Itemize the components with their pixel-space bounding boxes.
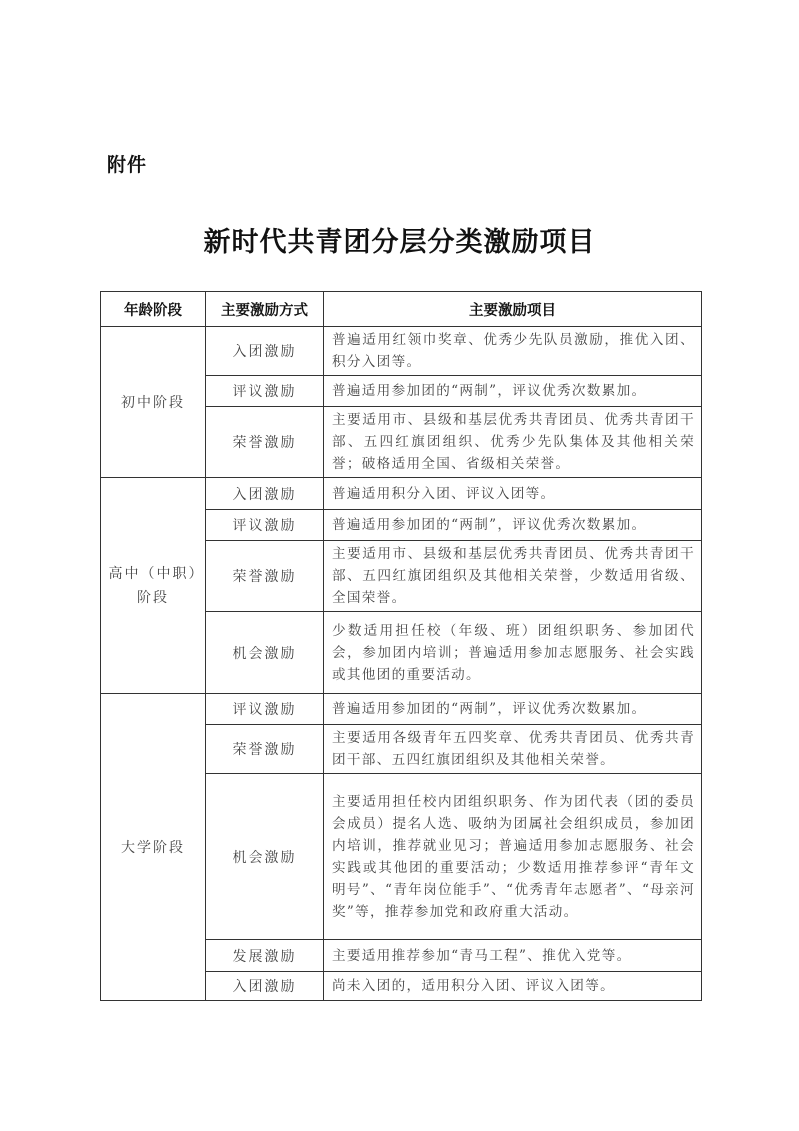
method-cell: 机会激励 [206,774,324,940]
method-cell: 评议激励 [206,510,324,541]
method-cell: 入团激励 [206,972,324,1001]
document-title: 新时代共青团分层分类激励项目 [0,220,799,259]
method-cell: 评议激励 [206,376,324,407]
item-cell: 普遍适用参加团的“两制”，评议优秀次数累加。 [324,510,702,541]
method-cell: 荣誉激励 [206,407,324,478]
header-main-items: 主要激励项目 [324,292,702,327]
table-header-row: 年龄阶段 主要激励方式 主要激励项目 [101,292,702,327]
item-cell: 主要适用推荐参加“青马工程”、推优入党等。 [324,940,702,972]
method-cell: 入团激励 [206,478,324,510]
item-cell: 少数适用担任校（年级、班）团组织职务、参加团代会，参加团内培训；普遍适用参加志愿… [324,612,702,694]
item-cell: 主要适用市、县级和基层优秀共青团员、优秀共青团干部、五四红旗团组织、优秀少先队集… [324,407,702,478]
table-row: 初中阶段 入团激励 普遍适用红领巾奖章、优秀少先队员激励，推优入团、积分入团等。 [101,327,702,376]
item-cell: 普遍适用参加团的“两制”，评议优秀次数累加。 [324,376,702,407]
item-cell: 主要适用各级青年五四奖章、优秀共青团员、优秀共青团干部、五四红旗团组织及其他相关… [324,725,702,774]
attachment-label: 附件 [107,150,147,177]
method-cell: 入团激励 [206,327,324,376]
item-cell: 普遍适用红领巾奖章、优秀少先队员激励，推优入团、积分入团等。 [324,327,702,376]
item-cell: 普遍适用参加团的“两制”，评议优秀次数累加。 [324,694,702,725]
table-row: 大学阶段 评议激励 普遍适用参加团的“两制”，评议优秀次数累加。 [101,694,702,725]
method-cell: 荣誉激励 [206,541,324,612]
method-cell: 评议激励 [206,694,324,725]
header-main-method: 主要激励方式 [206,292,324,327]
method-cell: 机会激励 [206,612,324,694]
stage-cell-senior-high: 高中（中职）阶段 [101,478,206,694]
incentive-table: 年龄阶段 主要激励方式 主要激励项目 初中阶段 入团激励 普遍适用红领巾奖章、优… [100,291,702,1001]
item-cell: 主要适用担任校内团组织职务、作为团代表（团的委员会成员）提名人选、吸纳为团属社会… [324,774,702,940]
header-age-stage: 年龄阶段 [101,292,206,327]
method-cell: 荣誉激励 [206,725,324,774]
item-cell: 普遍适用积分入团、评议入团等。 [324,478,702,510]
stage-label: 高中（中职）阶段 [109,566,198,606]
item-cell: 尚未入团的，适用积分入团、评议入团等。 [324,972,702,1001]
method-cell: 发展激励 [206,940,324,972]
table-row: 高中（中职）阶段 入团激励 普遍适用积分入团、评议入团等。 [101,478,702,510]
stage-cell-junior-high: 初中阶段 [101,327,206,478]
stage-cell-university: 大学阶段 [101,694,206,1001]
item-cell: 主要适用市、县级和基层优秀共青团员、优秀共青团干部、五四红旗团组织及其他相关荣誉… [324,541,702,612]
